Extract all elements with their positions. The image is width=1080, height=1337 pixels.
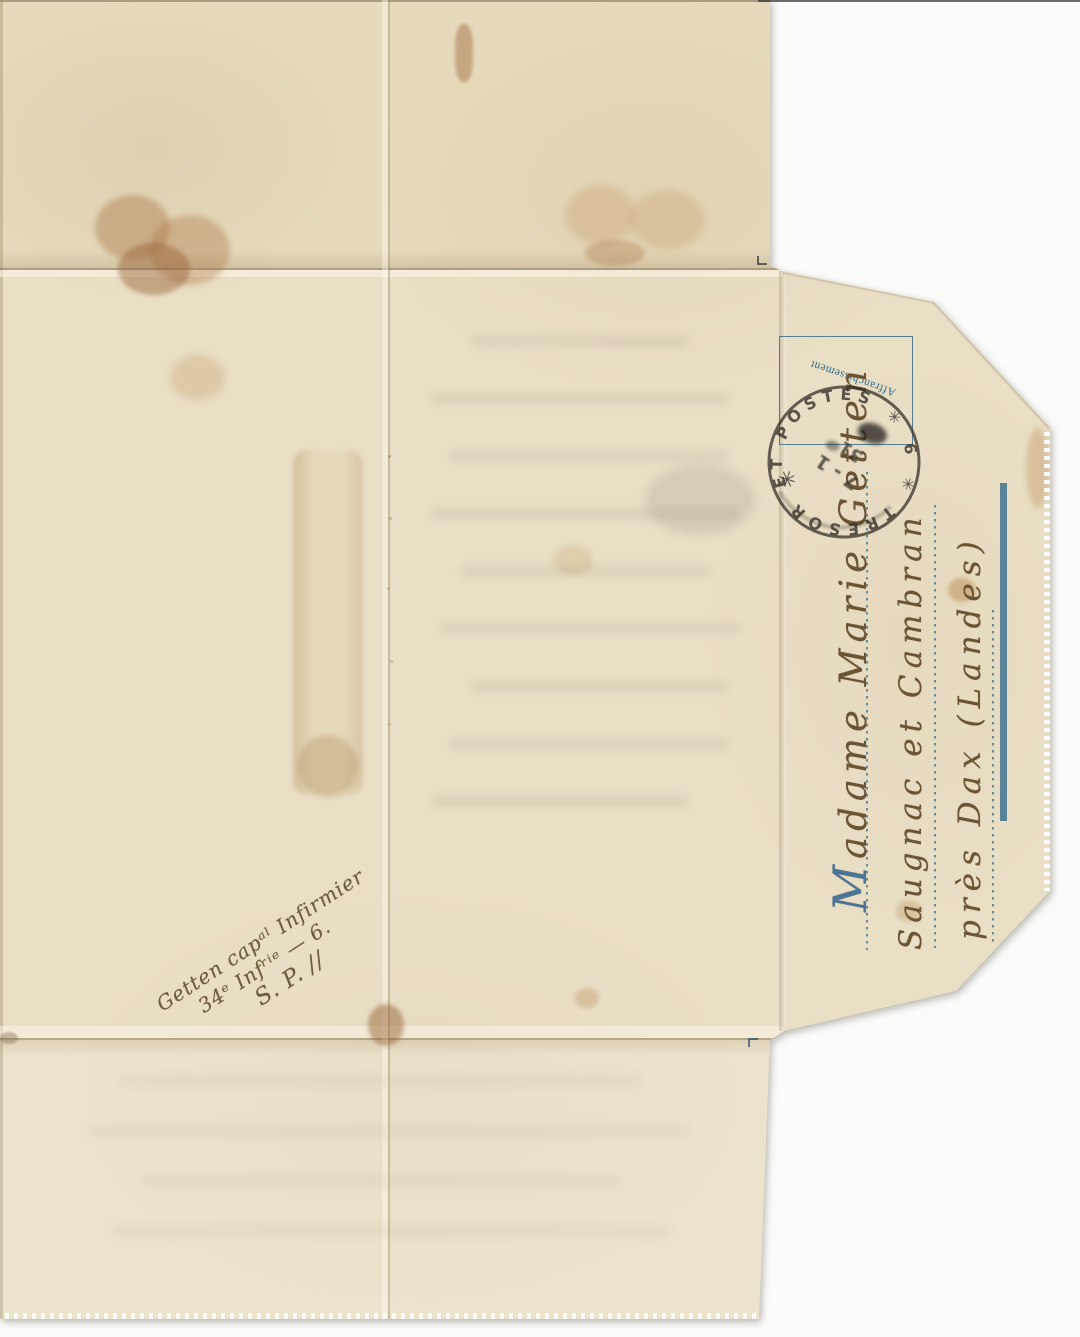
paper-left-edge	[0, 0, 3, 1319]
bleed-through-line	[430, 795, 690, 807]
perforated-edge-right	[1044, 428, 1050, 891]
stain	[368, 1004, 404, 1046]
bleed-through-line	[120, 1075, 640, 1087]
stain	[170, 355, 225, 400]
bleed-through-line	[470, 335, 690, 347]
bleed-through-line	[470, 680, 730, 692]
scanner-edge-line	[758, 0, 1080, 2]
fold-tear-mark	[0, 1032, 18, 1044]
flap-bottom-edge-shade	[784, 991, 956, 1034]
flap-corner-top-shade	[932, 302, 1050, 430]
paper-shadow-wrap: Affranchissement Madame Marie Getten Sau…	[0, 0, 1080, 1337]
bleed-through-line	[430, 508, 740, 520]
bleed-through-line	[430, 392, 730, 404]
ink-offset-smudge	[645, 465, 755, 535]
sender-unit-line: 34ᵉ Infʳⁱᵉ — 6.	[165, 842, 446, 1036]
postmark-ink-blob	[855, 419, 890, 447]
stain	[565, 185, 635, 245]
bleed-through-line	[440, 622, 740, 634]
stain	[630, 190, 705, 250]
flap-top-edge-shade	[782, 272, 934, 305]
bleed-through-line	[110, 1225, 670, 1237]
vertical-fold-speckles	[388, 455, 391, 458]
corner-registration-mark	[757, 256, 767, 265]
postmark-star: ✳	[774, 466, 799, 495]
stain	[298, 735, 358, 797]
address-dotted-line-2	[934, 505, 936, 948]
stain	[585, 240, 645, 266]
bleed-through-line	[450, 738, 730, 750]
stain	[575, 988, 599, 1008]
corner-registration-mark	[748, 1038, 758, 1047]
folded-letter-paper: Affranchissement Madame Marie Getten Sau…	[0, 0, 1080, 1337]
bleed-through-line	[90, 1125, 690, 1137]
vertical-fold-line	[388, 0, 390, 1319]
printed-border-rule	[1000, 483, 1007, 821]
bleed-through-line	[460, 565, 710, 577]
sender-inscription: Getten capᵃˡ Infirmier 34ᵉ Infʳⁱᵉ — 6. S…	[152, 822, 461, 1058]
address-dotted-line-3	[992, 610, 994, 943]
bleed-through-line	[140, 1175, 620, 1187]
address-line-department: près Dax (Landes)	[952, 440, 988, 940]
perforated-edge-bottom	[0, 1313, 759, 1320]
bleed-through-line	[450, 450, 730, 462]
stain	[118, 243, 190, 295]
scanned-letter-canvas: Affranchissement Madame Marie Getten Sau…	[0, 0, 1080, 1337]
stain	[455, 24, 473, 82]
